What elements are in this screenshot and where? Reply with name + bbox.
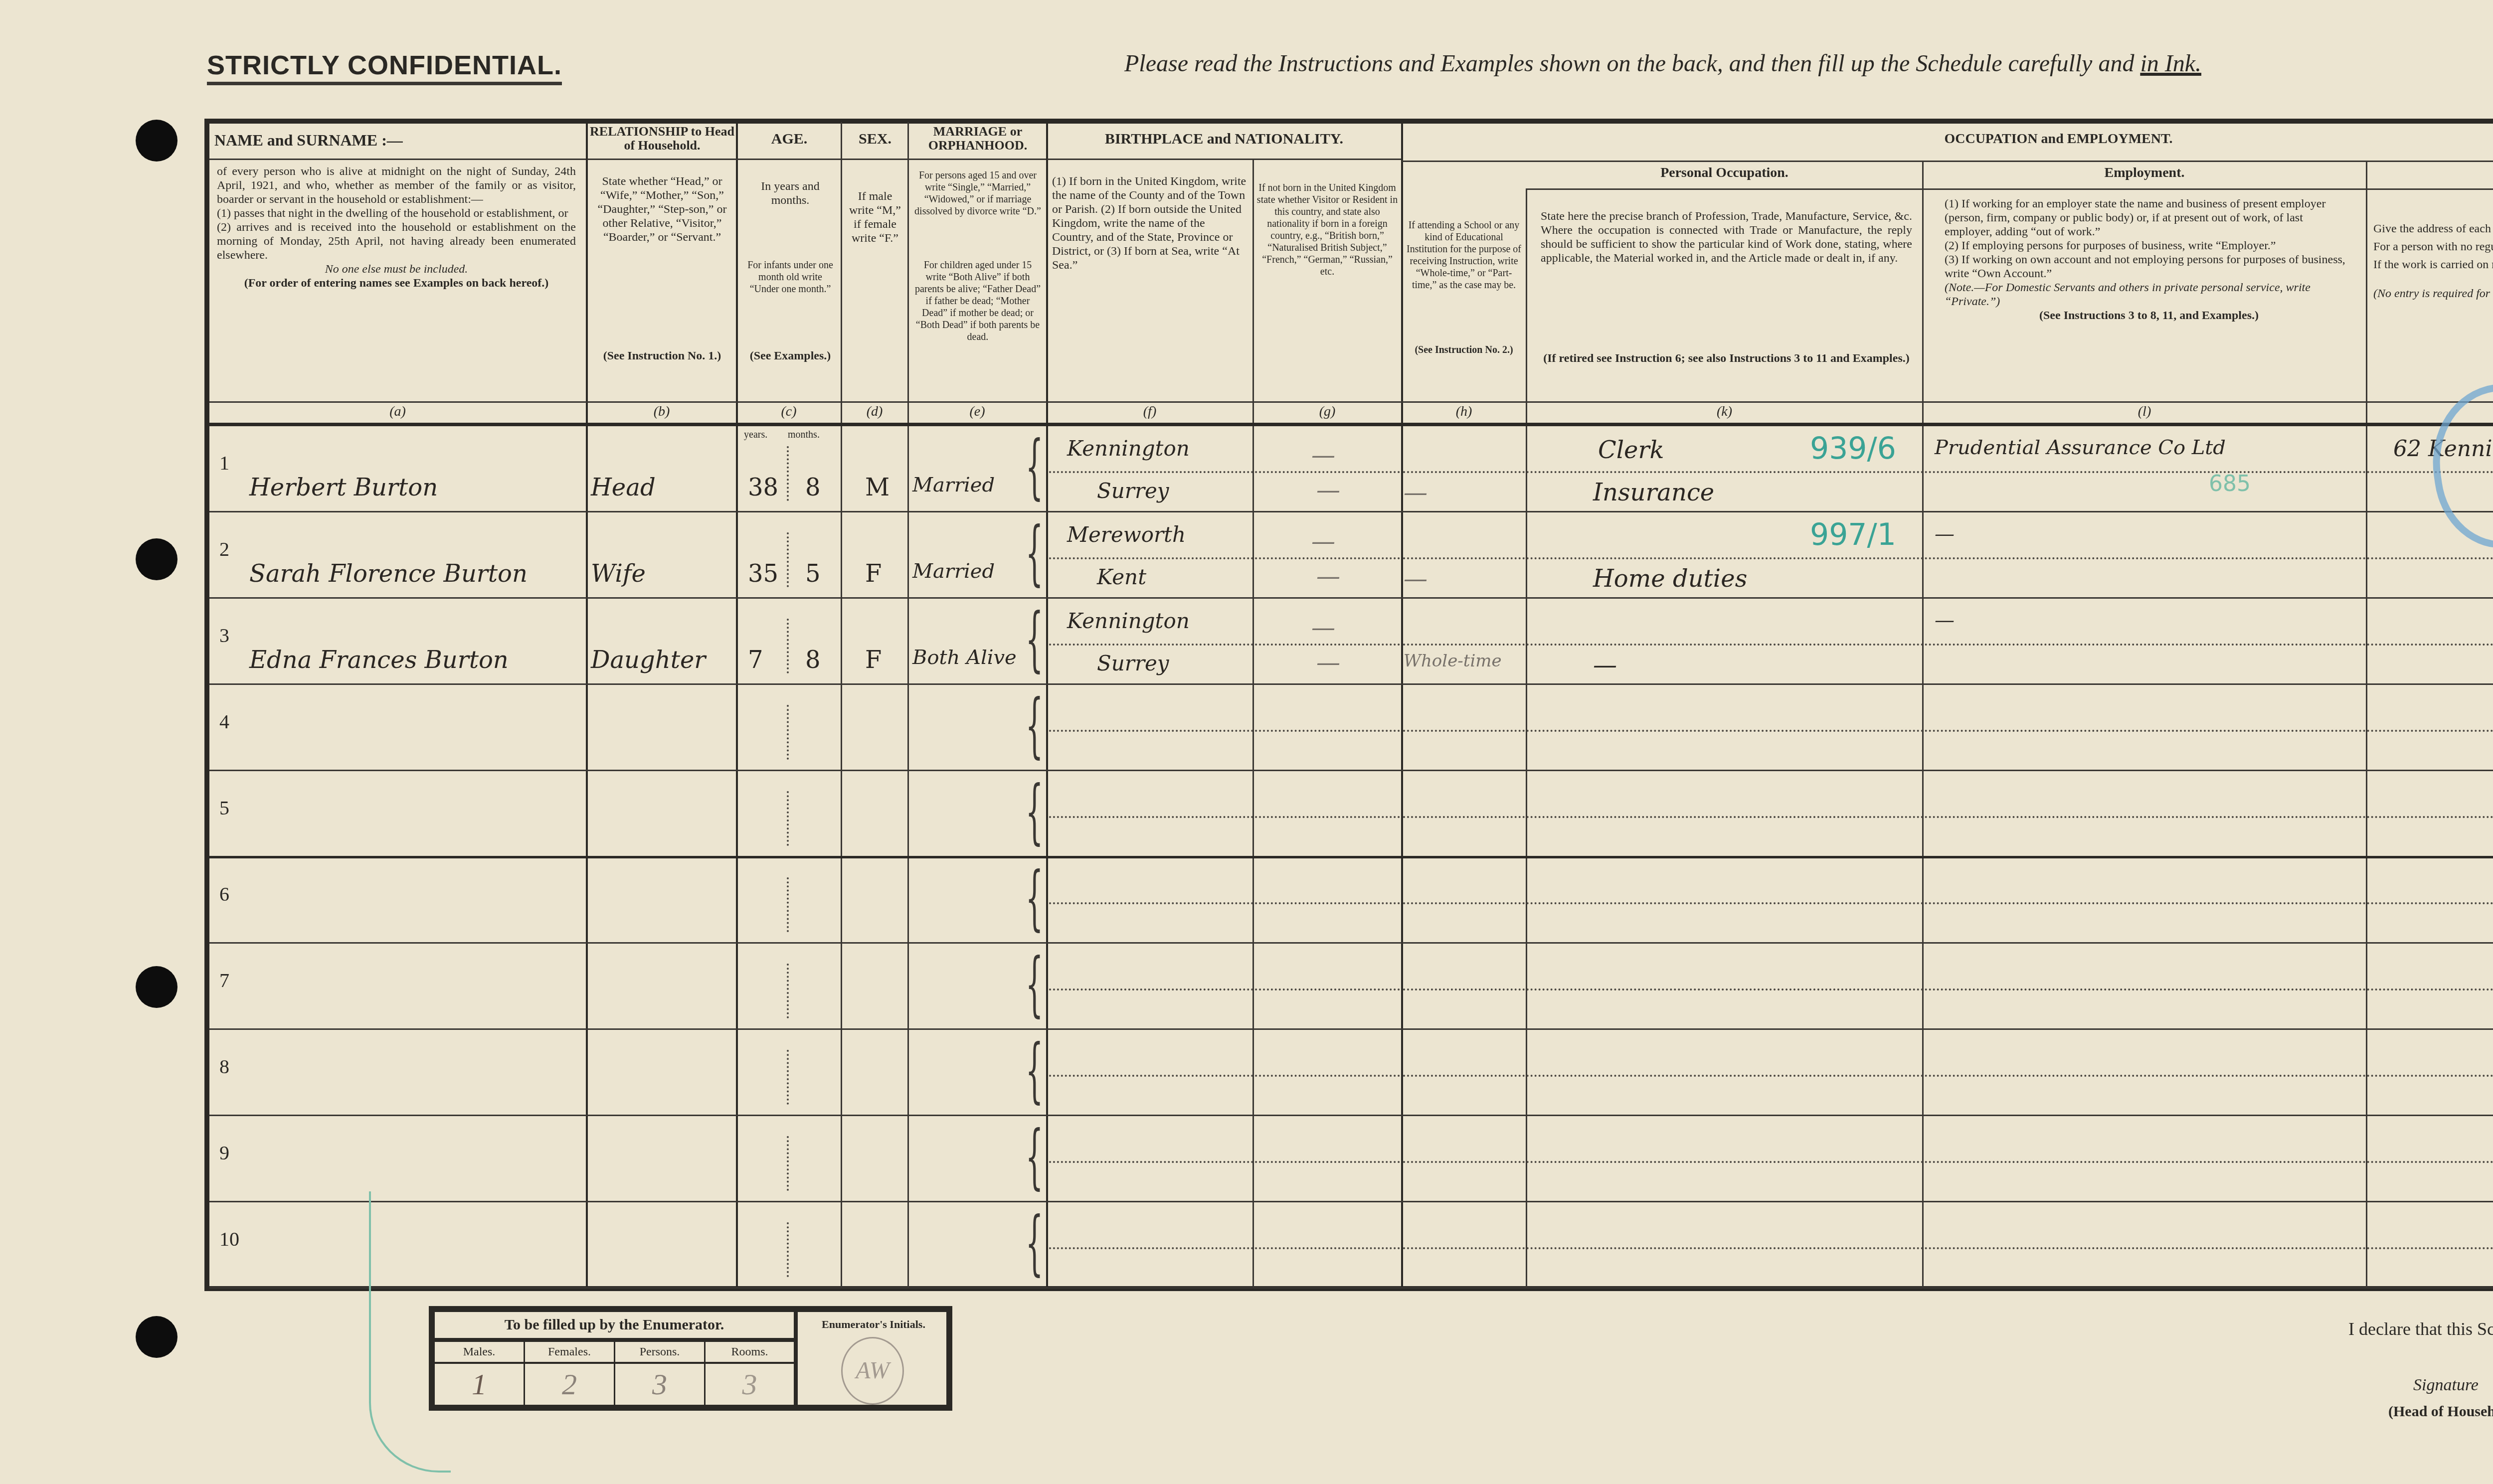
sex-instructions: If male write “M,” if female write “F.” bbox=[848, 189, 902, 245]
instruction-body: Give the address of each person's place … bbox=[2373, 222, 2493, 236]
row-mid-dotted bbox=[1049, 557, 1400, 559]
age-years-value[interactable]: 7 bbox=[748, 646, 763, 674]
row-divider bbox=[209, 597, 2493, 599]
row-mid-dotted bbox=[1403, 557, 2493, 559]
marriage-value[interactable]: Both Alive bbox=[912, 646, 1017, 669]
relationship-instructions: State whether “Head,” or “Wife,” “Mother… bbox=[591, 174, 733, 244]
col-divider-f-g bbox=[1252, 160, 1254, 1289]
row-mid-dotted bbox=[1049, 730, 1400, 732]
age-divider-dotted bbox=[787, 619, 789, 673]
brace-icon: { bbox=[1026, 950, 1044, 1019]
nationality-value[interactable]: — bbox=[1316, 649, 1340, 676]
col-divider-b-c bbox=[736, 122, 738, 1289]
sex-value[interactable]: F bbox=[865, 560, 882, 588]
row-divider bbox=[209, 1115, 2493, 1116]
instruction-note: (No entry is required for any person who… bbox=[2373, 287, 2493, 301]
occupation-code: 997/1 bbox=[1810, 517, 1896, 552]
birthplace-county[interactable]: Surrey bbox=[1097, 651, 1169, 675]
school-value[interactable]: — bbox=[1404, 565, 1427, 593]
row-divider bbox=[209, 683, 2493, 685]
heading-birthplace: BIRTHPLACE and NATIONALITY. bbox=[1047, 131, 1401, 148]
age-months-value[interactable]: 8 bbox=[805, 646, 821, 674]
heading-marriage: MARRIAGE or ORPHANHOOD. bbox=[909, 125, 1046, 153]
column-letter: (d) bbox=[842, 404, 907, 420]
row-mid-dotted bbox=[1403, 644, 2493, 646]
initials-label: Enumerator's Initials. bbox=[801, 1318, 946, 1331]
name-instructions: of every person who is alive at midnight… bbox=[217, 165, 576, 290]
school-value[interactable]: — bbox=[1404, 479, 1427, 506]
employer-value[interactable]: — bbox=[1935, 609, 1955, 632]
school-value[interactable]: Whole-time bbox=[1404, 651, 1502, 671]
heading-name: NAME and SURNAME :— bbox=[214, 131, 573, 150]
school-instructions: If attending a School or any kind of Edu… bbox=[1404, 219, 1524, 291]
punch-hole bbox=[136, 1316, 178, 1358]
row-divider bbox=[209, 1201, 2493, 1202]
punch-hole bbox=[136, 966, 178, 1008]
green-pencil-stroke bbox=[369, 1191, 451, 1473]
brace-icon: { bbox=[1026, 777, 1044, 847]
relationship-value[interactable]: Head bbox=[591, 474, 656, 501]
row-mid-dotted bbox=[1049, 989, 1400, 990]
col-divider-k-l bbox=[1922, 162, 1924, 1289]
col-divider-a-b bbox=[586, 122, 588, 1289]
row-divider bbox=[209, 942, 2493, 944]
occupation-line-2[interactable]: Home duties bbox=[1593, 565, 1747, 593]
occupation-instructions: State here the precise branch of Profess… bbox=[1541, 209, 1912, 265]
sex-value[interactable]: F bbox=[865, 646, 882, 674]
rooms-count[interactable]: 3 bbox=[706, 1364, 794, 1405]
instruction-ref: (See Instruction No. 1.) bbox=[591, 349, 733, 363]
age-infants-note: For infants under one month old write “U… bbox=[745, 259, 835, 295]
header-rule bbox=[209, 401, 2493, 403]
occupation-code: 939/6 bbox=[1810, 431, 1896, 466]
employer-value[interactable]: Prudential Assurance Co Ltd bbox=[1935, 436, 2226, 459]
column-letter: (l) bbox=[1923, 404, 2366, 420]
in-ink-text: in Ink. bbox=[2140, 50, 2201, 77]
row-mid-dotted bbox=[1403, 989, 2493, 990]
col-divider-d-e bbox=[907, 122, 909, 1289]
age-divider-dotted bbox=[787, 1050, 789, 1105]
instruction-item: (3) If working on own account and not em… bbox=[1945, 253, 2353, 281]
age-months-value[interactable]: 5 bbox=[805, 560, 821, 588]
place-of-work-instructions: Give the address of each person's place … bbox=[2373, 222, 2493, 301]
column-letter: (b) bbox=[587, 404, 736, 420]
age-divider-dotted bbox=[787, 791, 789, 846]
birthplace-town[interactable]: Kennington bbox=[1067, 436, 1190, 461]
col-divider-e-f bbox=[1046, 122, 1048, 1289]
occupation-line-2[interactable]: Insurance bbox=[1593, 479, 1714, 506]
brace-icon: { bbox=[1026, 432, 1044, 502]
row-number: 8 bbox=[219, 1055, 229, 1078]
enumerator-initials[interactable]: AW bbox=[841, 1337, 904, 1405]
column-letter: (h) bbox=[1402, 404, 1526, 420]
row-number: 3 bbox=[219, 624, 229, 647]
header-rule bbox=[1526, 188, 2493, 190]
col-divider-g-h bbox=[1401, 122, 1403, 1289]
row-mid-dotted bbox=[1049, 1161, 1400, 1163]
heading-place-of-work: Place of Work. bbox=[2367, 174, 2493, 191]
heading-sex: SEX. bbox=[843, 131, 907, 148]
persons-label: Persons. bbox=[615, 1342, 706, 1364]
age-years-value[interactable]: 38 bbox=[748, 474, 778, 501]
instruction-ref: (For order of entering names see Example… bbox=[217, 276, 576, 290]
instruction-note: No one else must be included. bbox=[217, 262, 576, 276]
row-mid-dotted bbox=[1049, 644, 1400, 646]
row-number: 2 bbox=[219, 537, 229, 561]
age-divider-dotted bbox=[787, 1136, 789, 1191]
header-rule bbox=[1402, 161, 2493, 162]
heading-age: AGE. bbox=[738, 131, 841, 148]
nationality-value[interactable]: — bbox=[1311, 527, 1335, 555]
instruction-body: If the work is carried on mainly at home… bbox=[2373, 258, 2493, 272]
punch-hole bbox=[136, 538, 178, 580]
birthplace-county[interactable]: Kent bbox=[1097, 565, 1146, 589]
row-mid-dotted bbox=[1403, 1247, 2493, 1249]
age-instructions: In years and months. bbox=[748, 179, 833, 207]
occupation-line-2[interactable]: — bbox=[1593, 651, 1617, 679]
age-divider-dotted bbox=[787, 1222, 789, 1277]
enumerator-summary-box: To be filled up by the Enumerator. Males… bbox=[429, 1306, 952, 1411]
header-rule bbox=[209, 159, 586, 160]
row-mid-dotted bbox=[1049, 902, 1400, 904]
age-divider-dotted bbox=[787, 532, 789, 587]
row-number: 10 bbox=[219, 1227, 239, 1251]
row-divider bbox=[209, 1028, 2493, 1030]
nationality-value[interactable]: — bbox=[1316, 476, 1340, 504]
row-mid-dotted bbox=[1049, 471, 1400, 473]
nationality-value[interactable]: — bbox=[1311, 441, 1335, 469]
heading-relationship: RELATIONSHIP to Head of Household. bbox=[588, 125, 736, 153]
females-count[interactable]: 2 bbox=[525, 1364, 615, 1405]
brace-icon: { bbox=[1026, 605, 1044, 674]
summary-divider bbox=[794, 1312, 798, 1405]
summary-title: To be filled up by the Enumerator. bbox=[435, 1312, 794, 1342]
row-mid-dotted bbox=[1403, 902, 2493, 904]
header-rule bbox=[1047, 159, 1401, 160]
marriage-value[interactable]: Married bbox=[912, 560, 995, 583]
brace-icon: { bbox=[1026, 518, 1044, 588]
heading-text: NAME and SURNAME :— bbox=[214, 131, 403, 149]
column-letter: (k) bbox=[1527, 404, 1922, 420]
row-number: 6 bbox=[219, 882, 229, 906]
row-mid-dotted bbox=[1049, 1075, 1400, 1077]
brace-icon: { bbox=[1026, 1208, 1044, 1278]
row-number: 9 bbox=[219, 1141, 229, 1164]
nationality-value[interactable]: — bbox=[1311, 614, 1335, 642]
column-letter: (c) bbox=[737, 404, 841, 420]
row-divider bbox=[209, 1287, 2493, 1289]
instruction-body: For a person with no regular place of wo… bbox=[2373, 240, 2493, 254]
column-letter: (g) bbox=[1253, 404, 1401, 420]
instruction-ref: (If retired see Instruction 6; see also … bbox=[1541, 351, 1912, 365]
occupation-line-1[interactable]: Clerk bbox=[1598, 436, 1664, 464]
relationship-value[interactable]: Daughter bbox=[591, 646, 706, 674]
instruction-note: (Note.—For Domestic Servants and others … bbox=[1945, 281, 2353, 309]
heading-personal-occupation: Personal Occupation. bbox=[1527, 165, 1922, 181]
instruction-body: of every person who is alive at midnight… bbox=[217, 165, 576, 206]
orphanhood-instructions: For children aged under 15 write “Both A… bbox=[912, 259, 1043, 343]
instruction-ref: (See Instructions 3 to 8, 11, and Exampl… bbox=[1945, 309, 2353, 323]
instruction-ref: (See Examples.) bbox=[745, 349, 835, 363]
punch-hole bbox=[136, 120, 178, 162]
rooms-label: Rooms. bbox=[706, 1342, 794, 1364]
age-years-subheader: years. bbox=[744, 429, 767, 441]
birthplace-town[interactable]: Kennington bbox=[1067, 609, 1190, 633]
person-name[interactable]: Edna Frances Burton bbox=[249, 646, 509, 674]
brace-icon: { bbox=[1026, 1036, 1044, 1106]
row-mid-dotted bbox=[1049, 1247, 1400, 1249]
heading-occupation: OCCUPATION and EMPLOYMENT. bbox=[1402, 131, 2493, 148]
sex-value[interactable]: M bbox=[865, 474, 890, 501]
birthplace-town[interactable]: Mereworth bbox=[1067, 522, 1186, 547]
row-mid-dotted bbox=[1403, 471, 2493, 473]
person-name[interactable]: Sarah Florence Burton bbox=[249, 560, 528, 588]
marriage-instructions: For persons aged 15 and over write “Sing… bbox=[912, 169, 1043, 217]
females-label: Females. bbox=[525, 1342, 615, 1364]
brace-icon: { bbox=[1026, 1122, 1044, 1192]
column-letter: (e) bbox=[908, 404, 1046, 420]
birthplace-instructions: (1) If born in the United Kingdom, write… bbox=[1052, 174, 1249, 272]
row-mid-dotted bbox=[1403, 1075, 2493, 1077]
instruction-item: (1) passes that night in the dwelling of… bbox=[217, 206, 576, 220]
instruction-item: (2) arrives and is received into the hou… bbox=[217, 220, 576, 262]
employer-code: 685 bbox=[2209, 471, 2251, 496]
col-divider-l-m bbox=[2366, 162, 2367, 1289]
col-divider-c-d bbox=[841, 122, 842, 1289]
row-mid-dotted bbox=[1049, 816, 1400, 818]
instruction-line: Please read the Instructions and Example… bbox=[1124, 50, 2201, 77]
row-mid-dotted bbox=[1403, 1161, 2493, 1163]
heading-employment: Employment. bbox=[1923, 165, 2366, 181]
declaration-text: I declare that this Schedule is correctl… bbox=[2348, 1319, 2493, 1339]
row-divider bbox=[209, 770, 2493, 771]
brace-icon: { bbox=[1026, 691, 1044, 761]
confidential-label: STRICTLY CONFIDENTIAL. bbox=[207, 50, 562, 85]
instruction-ref: (See Instruction No. 2.) bbox=[1404, 344, 1524, 356]
marriage-value[interactable]: Married bbox=[912, 474, 995, 496]
row-mid-dotted bbox=[1403, 816, 2493, 818]
instruction-item: (2) If employing persons for purposes of… bbox=[1945, 239, 2353, 253]
row-number: 5 bbox=[219, 796, 229, 820]
row-divider bbox=[209, 511, 2493, 512]
header-bottom-rule bbox=[209, 423, 2493, 426]
row-mid-dotted bbox=[1403, 730, 2493, 732]
age-divider-dotted bbox=[787, 964, 789, 1018]
row-number: 4 bbox=[219, 710, 229, 733]
employer-value[interactable]: — bbox=[1935, 522, 1955, 545]
age-divider-dotted bbox=[787, 705, 789, 760]
row-number: 7 bbox=[219, 969, 229, 992]
signature-label: Signature bbox=[2413, 1376, 2479, 1395]
row-divider bbox=[209, 856, 2493, 858]
column-letter: (a) bbox=[209, 404, 586, 420]
person-name[interactable]: Herbert Burton bbox=[249, 474, 438, 501]
signature-caption: (Head of Household, Manager of Establish… bbox=[2388, 1403, 2493, 1420]
birthplace-county[interactable]: Surrey bbox=[1097, 479, 1169, 503]
row-number: 1 bbox=[219, 451, 229, 475]
age-months-subheader: months. bbox=[788, 429, 820, 441]
header-rule bbox=[587, 159, 1046, 160]
age-divider-dotted bbox=[787, 446, 789, 501]
col-divider-h-k bbox=[1526, 189, 1527, 1289]
age-years-value[interactable]: 35 bbox=[748, 560, 778, 588]
instruction-text: Please read the Instructions and Example… bbox=[1124, 50, 2140, 77]
column-letter: (f) bbox=[1047, 404, 1252, 420]
nationality-instructions: If not born in the United Kingdom state … bbox=[1255, 182, 1399, 278]
relationship-value[interactable]: Wife bbox=[591, 560, 646, 588]
instruction-item: (1) If working for an employer state the… bbox=[1945, 197, 2353, 239]
brace-icon: { bbox=[1026, 863, 1044, 933]
age-months-value[interactable]: 8 bbox=[805, 474, 821, 501]
nationality-value[interactable]: — bbox=[1316, 562, 1340, 590]
employment-instructions: (1) If working for an employer state the… bbox=[1945, 197, 2353, 323]
age-divider-dotted bbox=[787, 877, 789, 932]
persons-count[interactable]: 3 bbox=[615, 1364, 706, 1405]
